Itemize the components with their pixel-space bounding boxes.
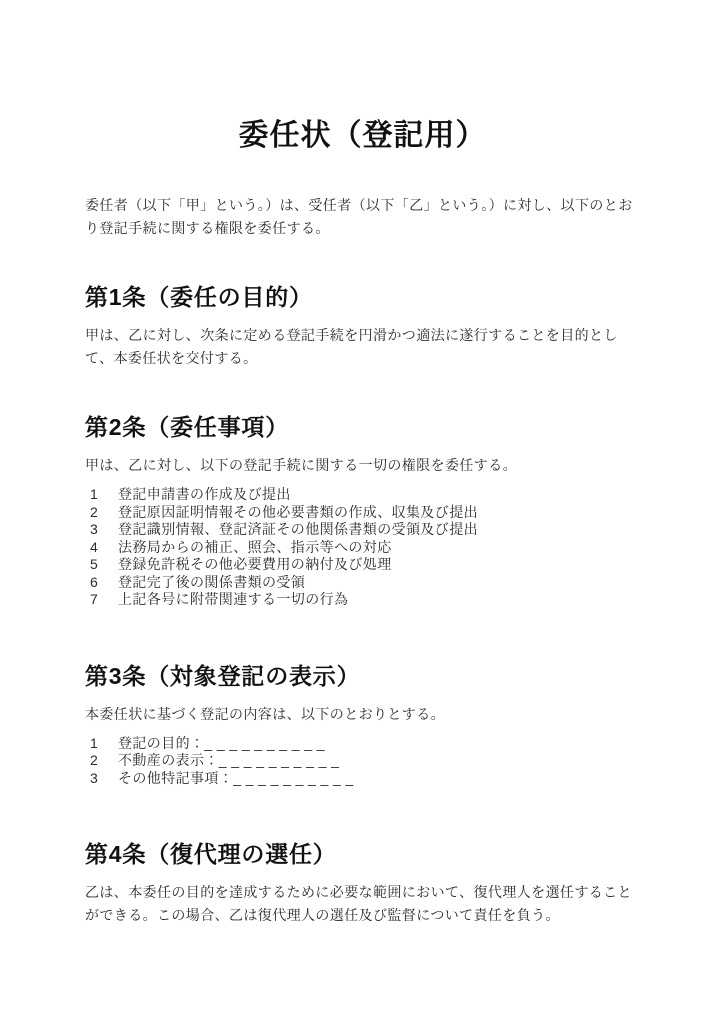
list-item: 4 法務局からの補正、照会、指示等への対応 <box>90 539 640 557</box>
article-2-body: 甲は、乙に対し、以下の登記手続に関する一切の権限を委任する。 <box>85 454 640 477</box>
item-number: 2 <box>90 752 118 770</box>
item-number: 3 <box>90 770 118 788</box>
item-number: 2 <box>90 504 118 522</box>
article-1-purpose: 第1条（委任の目的） 甲は、乙に対し、次条に定める登記手続を円滑かつ適法に遂行す… <box>85 282 640 370</box>
document-page: 委任状（登記用） 委任者（以下「甲」という。）は、受任者（以下「乙」という。）に… <box>0 0 724 1024</box>
item-text: 上記各号に附帯関連する一切の行為 <box>118 591 640 609</box>
item-text: 登録免許税その他必要費用の納付及び処理 <box>118 556 640 574</box>
article-1-heading: 第1条（委任の目的） <box>85 282 640 312</box>
article-4-heading: 第4条（復代理の選任） <box>85 839 640 869</box>
item-text-blank-field: 登記の目的：_ _ _ _ _ _ _ _ _ _ <box>118 735 640 753</box>
item-text: 登記原因証明情報その他必要書類の作成、収集及び提出 <box>118 504 640 522</box>
article-4-body: 乙は、本委任の目的を達成するために必要な範囲において、復代理人を選任することがで… <box>85 881 640 927</box>
list-item: 1 登記申請書の作成及び提出 <box>90 486 640 504</box>
item-text: 登記完了後の関係書類の受領 <box>118 574 640 592</box>
item-text: 登記識別情報、登記済証その他関係書類の受領及び提出 <box>118 521 640 539</box>
article-2-heading: 第2条（委任事項） <box>85 412 640 442</box>
item-number: 3 <box>90 521 118 539</box>
item-number: 1 <box>90 486 118 504</box>
list-item: 6 登記完了後の関係書類の受領 <box>90 574 640 592</box>
article-3-item-list: 1 登記の目的：_ _ _ _ _ _ _ _ _ _ 2 不動産の表示：_ _… <box>85 735 640 788</box>
article-1-body: 甲は、乙に対し、次条に定める登記手続を円滑かつ適法に遂行することを目的として、本… <box>85 324 640 370</box>
item-text: 登記申請書の作成及び提出 <box>118 486 640 504</box>
article-3-registration-details: 第3条（対象登記の表示） 本委任状に基づく登記の内容は、以下のとおりとする。 1… <box>85 661 640 788</box>
article-3-heading: 第3条（対象登記の表示） <box>85 661 640 691</box>
article-2-delegated-matters: 第2条（委任事項） 甲は、乙に対し、以下の登記手続に関する一切の権限を委任する。… <box>85 412 640 609</box>
item-text-blank-field: その他特記事項：_ _ _ _ _ _ _ _ _ _ <box>118 770 640 788</box>
item-text: 法務局からの補正、照会、指示等への対応 <box>118 539 640 557</box>
list-item: 7 上記各号に附帯関連する一切の行為 <box>90 591 640 609</box>
item-number: 5 <box>90 556 118 574</box>
document-title: 委任状（登記用） <box>85 116 640 156</box>
item-number: 6 <box>90 574 118 592</box>
intro-paragraph: 委任者（以下「甲」という。）は、受任者（以下「乙」という。）に対し、以下のとおり… <box>85 194 640 240</box>
item-text-blank-field: 不動産の表示：_ _ _ _ _ _ _ _ _ _ <box>118 752 640 770</box>
item-number: 1 <box>90 735 118 753</box>
list-item: 2 登記原因証明情報その他必要書類の作成、収集及び提出 <box>90 504 640 522</box>
article-4-sub-agent: 第4条（復代理の選任） 乙は、本委任の目的を達成するために必要な範囲において、復… <box>85 839 640 927</box>
list-item: 2 不動産の表示：_ _ _ _ _ _ _ _ _ _ <box>90 752 640 770</box>
list-item: 1 登記の目的：_ _ _ _ _ _ _ _ _ _ <box>90 735 640 753</box>
list-item: 3 その他特記事項：_ _ _ _ _ _ _ _ _ _ <box>90 770 640 788</box>
list-item: 3 登記識別情報、登記済証その他関係書類の受領及び提出 <box>90 521 640 539</box>
list-item: 5 登録免許税その他必要費用の納付及び処理 <box>90 556 640 574</box>
item-number: 4 <box>90 539 118 557</box>
article-2-item-list: 1 登記申請書の作成及び提出 2 登記原因証明情報その他必要書類の作成、収集及び… <box>85 486 640 609</box>
item-number: 7 <box>90 591 118 609</box>
article-3-body: 本委任状に基づく登記の内容は、以下のとおりとする。 <box>85 703 640 726</box>
